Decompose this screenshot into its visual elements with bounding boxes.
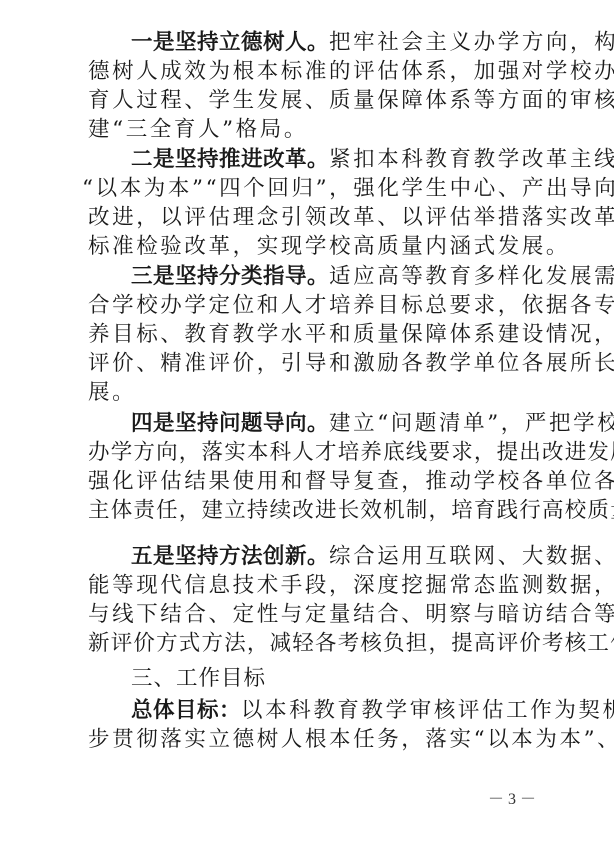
paragraph-3-line-1: 三是坚持分类指导。适应高等教育多样化发展需求，结 [131, 262, 571, 291]
paragraph-2-line-3: 改进，以评估理念引领改革、以评估举措落实改革、以评估 [88, 203, 528, 232]
paragraph-4-line-2: 办学方向，落实本科人才培养底线要求，提出改进发展意见， [88, 438, 528, 467]
paragraph-1-line-1: 一是坚持立德树人。把牢社会主义办学方向，构建以立 [131, 28, 571, 57]
paragraph-3-line-3: 养目标、教育教学水平和质量保障体系建设情况，实施分类 [88, 320, 528, 349]
paragraph-1-lead: 一是坚持立德树人。 [131, 30, 329, 55]
paragraph-5-line-1: 五是坚持方法创新。综合运用互联网、大数据、人工智 [131, 542, 571, 571]
paragraph-4-line-1: 四是坚持问题导向。建立“问题清单”，严把学校正确 [131, 409, 571, 438]
paragraph-4-line-3: 强化评估结果使用和督导复查，推动学校各单位各部门落实 [88, 467, 528, 496]
paragraph-3-line-4: 评价、精准评价，引导和激励各教学单位各展所长、特色发 [88, 349, 528, 378]
goal-line-1: 总体目标：以本科教育教学审核评估工作为契机，进一 [131, 696, 571, 725]
paragraph-1-line-3: 育人过程、学生发展、质量保障体系等方面的审核，全面构 [88, 86, 528, 115]
document-page: 一是坚持立德树人。把牢社会主义办学方向，构建以立 德树人成效为根本标准的评估体系… [0, 0, 614, 851]
page-number: － 3 － [488, 786, 536, 809]
paragraph-3-lead: 三是坚持分类指导。 [131, 264, 329, 289]
paragraph-3-line-2: 合学校办学定位和人才培养目标总要求，依据各专业自身培 [88, 291, 528, 320]
paragraph-2-line-2: “以本为本”“四个回归”，强化学生中心、产出导向、持续 [82, 174, 522, 203]
paragraph-5-line-3: 与线下结合、定性与定量结合、明察与暗访结合等方式，创 [88, 600, 528, 629]
paragraph-5-line-2: 能等现代信息技术手段，深度挖掘常态监测数据，采取线上 [88, 571, 528, 600]
goal-lead: 总体目标： [131, 698, 241, 723]
goal-line-2: 步贯彻落实立德树人根本任务，落实“以本为本”、突出“四 [88, 725, 528, 754]
paragraph-1-line-2: 德树人成效为根本标准的评估体系，加强对学校办学方向、 [88, 57, 528, 86]
paragraph-1-line-4: 建“三全育人”格局。 [88, 115, 528, 144]
paragraph-2-line-1: 二是坚持推进改革。紧扣本科教育教学改革主线，落实 [131, 145, 571, 174]
paragraph-5-lead: 五是坚持方法创新。 [131, 544, 329, 569]
paragraph-4-lead: 四是坚持问题导向。 [131, 411, 329, 436]
paragraph-2-lead: 二是坚持推进改革。 [131, 147, 329, 172]
paragraph-4-line-4: 主体责任，建立持续改进长效机制，培育践行高校质量文化。 [88, 496, 528, 525]
paragraph-3-line-5: 展。 [88, 378, 528, 407]
section-heading: 三、工作目标 [131, 664, 571, 693]
paragraph-5-line-4: 新评价方式方法，减轻各考核负担，提高评价考核工作实效。 [88, 629, 528, 658]
paragraph-2-line-4: 标准检验改革，实现学校高质量内涵式发展。 [88, 232, 528, 261]
